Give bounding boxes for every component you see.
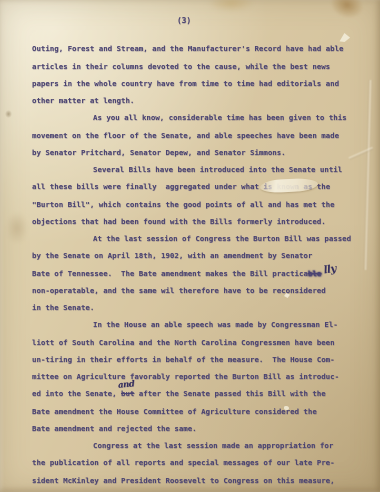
- text-line: movement on the floor of the Senate, and…: [32, 122, 368, 139]
- damaged-text: is known as: [263, 182, 312, 191]
- typed-text: Outing, Forest and Stream, and the Manuf…: [32, 44, 343, 53]
- text-line: un-tiring in their efforts in behalf of …: [32, 347, 368, 364]
- text-line: the publication of all reports and speci…: [32, 450, 368, 467]
- typed-text: Congress at the last session made an app…: [93, 441, 333, 450]
- typed-text: all these bills were finally aggregated …: [32, 182, 263, 191]
- typed-text: objections that had been found with the …: [32, 217, 326, 226]
- typed-text: movement on the floor of the Senate, and…: [32, 131, 339, 140]
- typed-text: the publication of all reports and speci…: [32, 458, 335, 467]
- typed-text: In the House an able speech was made by …: [93, 320, 338, 329]
- text-line: Bate amendment the House Committee of Ag…: [32, 398, 368, 415]
- typed-text: sident McKinley and President Roosevelt …: [32, 476, 335, 485]
- typed-text: articles in their columns devoted to the…: [32, 62, 330, 71]
- text-line: liott of South Carolina and the North Ca…: [32, 329, 368, 346]
- typed-text: Several Bills have been introduced into …: [93, 165, 342, 174]
- typed-text: by Senator Pritchard, Senator Depew, and…: [32, 148, 286, 157]
- text-line: Several Bills have been introduced into …: [32, 157, 368, 174]
- text-line: sident McKinley and President Roosevelt …: [32, 467, 368, 484]
- text-line: As you all know, considerable time has b…: [32, 105, 368, 122]
- typed-text: Bate of Tennessee. The Bate amendment ma…: [32, 269, 308, 278]
- struck-word: butand: [121, 389, 134, 398]
- typed-text: Bate amendment the House Committee of Ag…: [32, 407, 317, 416]
- typed-text: "Burton Bill", which contains the good p…: [32, 200, 335, 209]
- text-line: Bate of Tennessee. The Bate amendment ma…: [32, 260, 368, 277]
- typed-text: in the Senate.: [32, 303, 94, 312]
- text-line: non-operatable, and the same wil therefo…: [32, 278, 368, 295]
- handwritten-correction: and: [118, 380, 135, 391]
- typed-text: other matter at length.: [32, 96, 134, 105]
- typed-text: ed into the Senate,: [32, 389, 121, 398]
- text-line: At the last session of Congress the Burt…: [32, 226, 368, 243]
- struck-word: ble: [308, 269, 321, 278]
- handwritten-correction: lly: [323, 262, 337, 276]
- text-line: ed into the Senate, butand after the Sen…: [32, 381, 368, 398]
- typed-text: At the last session of Congress the Burt…: [93, 234, 351, 243]
- typed-text: un-tiring in their efforts in behalf of …: [32, 355, 335, 364]
- typed-text: As you all know, considerable time has b…: [93, 113, 347, 122]
- text-line: In the House an able speech was made by …: [32, 312, 368, 329]
- text-line: all these bills were finally aggregated …: [32, 174, 368, 191]
- text-line: articles in their columns devoted to the…: [32, 53, 368, 70]
- text-line: "Burton Bill", which contains the good p…: [32, 191, 368, 208]
- text-line: by Senator Pritchard, Senator Depew, and…: [32, 140, 368, 157]
- text-line: Outing, Forest and Stream, and the Manuf…: [32, 36, 368, 53]
- text-line: Congress at the last session made an app…: [32, 433, 368, 450]
- page-number: (3): [0, 16, 374, 25]
- text-line: mittee on Agriculture favorably reported…: [32, 364, 368, 381]
- text-line: papers in the whole country have from ti…: [32, 71, 368, 88]
- document-lines: Outing, Forest and Stream, and the Manuf…: [32, 36, 368, 485]
- typed-text: non-operatable, and the same wil therefo…: [32, 286, 326, 295]
- typed-text: mittee on Agriculture favorably reported…: [32, 372, 339, 381]
- typed-text: Bate amendment and rejected the same.: [32, 424, 197, 433]
- typed-text: by the Senate on April 18th, 1902, with …: [32, 251, 312, 260]
- typed-text: after the Senate passed this Bill with t…: [134, 389, 325, 398]
- typed-text: papers in the whole country have from ti…: [32, 79, 339, 88]
- text-line: in the Senate.: [32, 295, 368, 312]
- text-line: Bate amendment and rejected the same.: [32, 416, 368, 433]
- text-line: other matter at length.: [32, 88, 368, 105]
- typed-text: liott of South Carolina and the North Ca…: [32, 338, 335, 347]
- scanned-letter-page: { "page": { "page_number": "(3)", "color…: [0, 0, 380, 492]
- text-line: objections that had been found with the …: [32, 209, 368, 226]
- text-line: by the Senate on April 18th, 1902, with …: [32, 243, 368, 260]
